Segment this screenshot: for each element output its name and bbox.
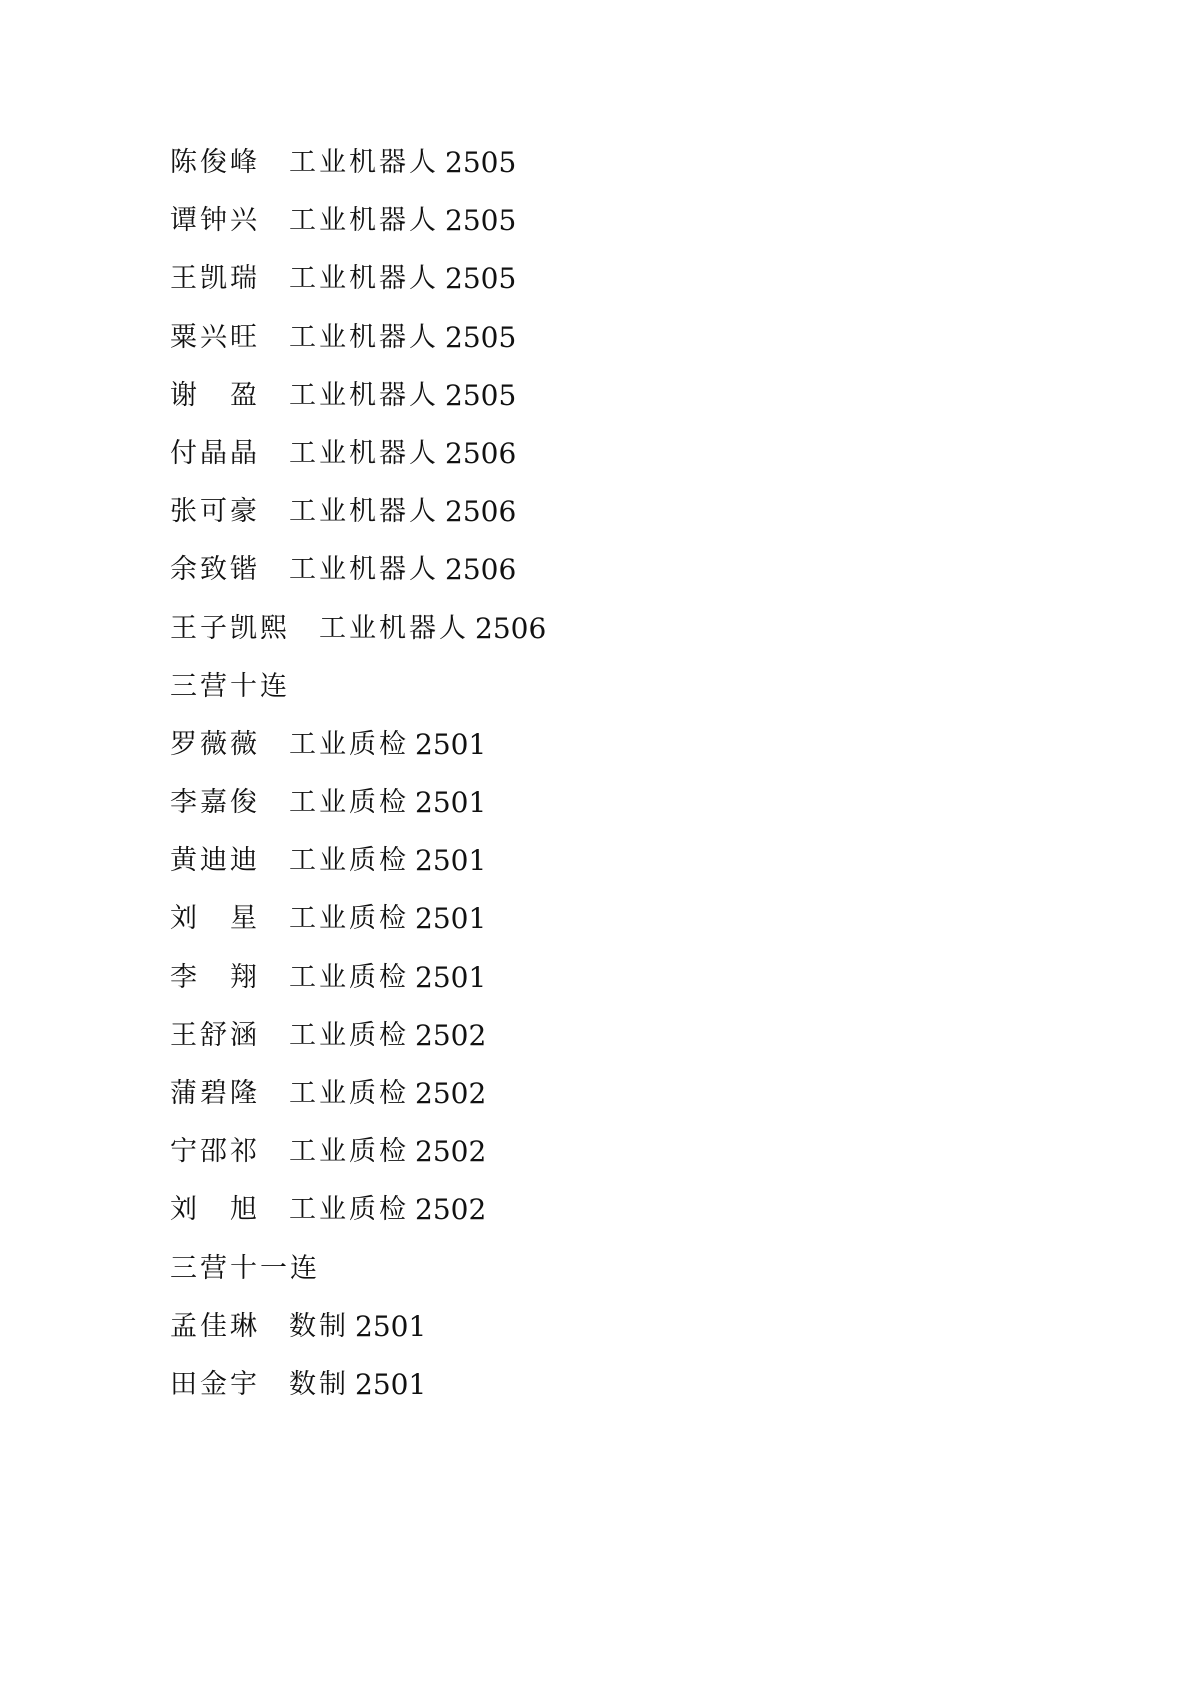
list-item: 宁邵祁工业质检2502 — [170, 1132, 1191, 1190]
list-item: 余致锴工业机器人2506 — [170, 550, 1191, 608]
class-name: 工业机器人 — [289, 434, 439, 474]
student-name: 余致锴 — [170, 550, 289, 590]
student-name: 谢 盈 — [170, 376, 289, 416]
class-number: 2505 — [445, 143, 516, 183]
class-name: 工业质检 — [289, 1016, 409, 1056]
list-item: 王子凯熙工业机器人2506 — [170, 609, 1191, 667]
class-name: 工业机器人 — [289, 259, 439, 299]
list-item: 孟佳琳数制2501 — [170, 1307, 1191, 1365]
student-name: 王舒涵 — [170, 1016, 289, 1056]
student-name: 谭钟兴 — [170, 201, 289, 241]
class-number: 2506 — [445, 434, 516, 474]
list-item: 谢 盈工业机器人2505 — [170, 376, 1191, 434]
list-item: 张可豪工业机器人2506 — [170, 492, 1191, 550]
class-name: 工业质检 — [289, 725, 409, 765]
student-name: 刘 旭 — [170, 1190, 289, 1230]
student-name: 李嘉俊 — [170, 783, 289, 823]
class-number: 2502 — [415, 1074, 486, 1114]
document-page: 陈俊峰工业机器人2505 谭钟兴工业机器人2505 王凯瑞工业机器人2505 粟… — [170, 143, 1191, 1423]
student-name: 王凯瑞 — [170, 259, 289, 299]
class-number: 2506 — [475, 609, 546, 649]
list-item: 付晶晶工业机器人2506 — [170, 434, 1191, 492]
class-number: 2502 — [415, 1132, 486, 1172]
class-name: 工业机器人 — [289, 492, 439, 532]
class-number: 2502 — [415, 1016, 486, 1056]
list-item: 刘 旭工业质检2502 — [170, 1190, 1191, 1248]
class-number: 2505 — [445, 259, 516, 299]
student-name: 粟兴旺 — [170, 318, 289, 358]
student-name: 付晶晶 — [170, 434, 289, 474]
student-name: 刘 星 — [170, 899, 289, 939]
class-number: 2506 — [445, 492, 516, 532]
class-number: 2505 — [445, 318, 516, 358]
class-number: 2501 — [355, 1365, 426, 1405]
list-item: 陈俊峰工业机器人2505 — [170, 143, 1191, 201]
student-name: 李 翔 — [170, 958, 289, 998]
student-name: 张可豪 — [170, 492, 289, 532]
class-name: 工业质检 — [289, 783, 409, 823]
class-name: 工业质检 — [289, 841, 409, 881]
student-name: 罗薇薇 — [170, 725, 289, 765]
section-heading: 三营十一连 — [170, 1249, 1191, 1307]
class-number: 2501 — [415, 841, 486, 881]
class-name: 数制 — [289, 1307, 349, 1347]
section-heading: 三营十连 — [170, 667, 1191, 725]
class-number: 2505 — [445, 376, 516, 416]
class-number: 2501 — [415, 958, 486, 998]
class-number: 2501 — [355, 1307, 426, 1347]
class-name: 数制 — [289, 1365, 349, 1405]
class-name: 工业质检 — [289, 1190, 409, 1230]
class-name: 工业质检 — [289, 1132, 409, 1172]
student-name: 蒲碧隆 — [170, 1074, 289, 1114]
student-name: 王子凯熙 — [170, 609, 319, 649]
list-item: 谭钟兴工业机器人2505 — [170, 201, 1191, 259]
class-name: 工业机器人 — [289, 318, 439, 358]
class-name: 工业机器人 — [289, 550, 439, 590]
class-name: 工业质检 — [289, 899, 409, 939]
list-item: 罗薇薇工业质检2501 — [170, 725, 1191, 783]
class-name: 工业机器人 — [289, 376, 439, 416]
class-number: 2501 — [415, 725, 486, 765]
student-name: 黄迪迪 — [170, 841, 289, 881]
student-name: 孟佳琳 — [170, 1307, 289, 1347]
student-name: 宁邵祁 — [170, 1132, 289, 1172]
list-item: 王凯瑞工业机器人2505 — [170, 259, 1191, 317]
list-item: 田金宇数制2501 — [170, 1365, 1191, 1423]
class-number: 2502 — [415, 1190, 486, 1230]
class-name: 工业质检 — [289, 958, 409, 998]
list-item: 黄迪迪工业质检2501 — [170, 841, 1191, 899]
student-name: 田金宇 — [170, 1365, 289, 1405]
student-name: 陈俊峰 — [170, 143, 289, 183]
list-item: 王舒涵工业质检2502 — [170, 1016, 1191, 1074]
class-name: 工业机器人 — [319, 609, 469, 649]
list-item: 李嘉俊工业质检2501 — [170, 783, 1191, 841]
class-number: 2505 — [445, 201, 516, 241]
list-item: 蒲碧隆工业质检2502 — [170, 1074, 1191, 1132]
class-name: 工业机器人 — [289, 201, 439, 241]
list-item: 李 翔工业质检2501 — [170, 958, 1191, 1016]
class-number: 2501 — [415, 899, 486, 939]
class-name: 工业机器人 — [289, 143, 439, 183]
class-name: 工业质检 — [289, 1074, 409, 1114]
list-item: 刘 星工业质检2501 — [170, 899, 1191, 957]
class-number: 2506 — [445, 550, 516, 590]
list-item: 粟兴旺工业机器人2505 — [170, 318, 1191, 376]
class-number: 2501 — [415, 783, 486, 823]
